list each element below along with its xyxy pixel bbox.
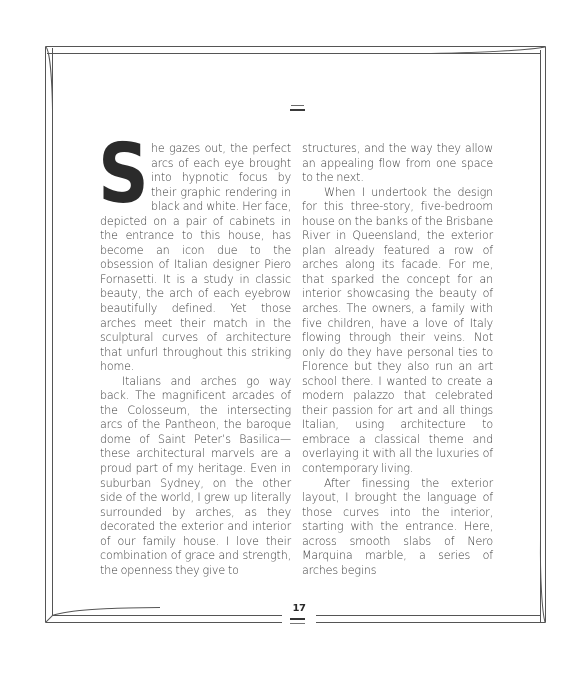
top-ornament — [290, 105, 305, 112]
page-frame — [0, 0, 587, 677]
page-number: 17 — [287, 603, 311, 614]
paragraph: Italians and arches go way back. The mag… — [100, 375, 291, 579]
drop-cap: S — [98, 145, 139, 209]
page-number-rule-thick — [290, 618, 305, 620]
page-number-rule-thin — [290, 623, 305, 624]
paragraph: structures, and the way they allow an ap… — [302, 142, 493, 186]
left-column: She gazes out, the perfect arcs of each … — [100, 142, 291, 578]
right-column: structures, and the way they allow an ap… — [302, 142, 493, 578]
paragraph: When I undertook the design for this thr… — [302, 186, 493, 477]
paragraph: She gazes out, the perfect arcs of each … — [100, 142, 291, 375]
ornament-rule-thick — [290, 109, 305, 111]
paragraph: After finessing the exterior layout, I b… — [302, 477, 493, 579]
ornament-rule-thin — [291, 105, 304, 106]
